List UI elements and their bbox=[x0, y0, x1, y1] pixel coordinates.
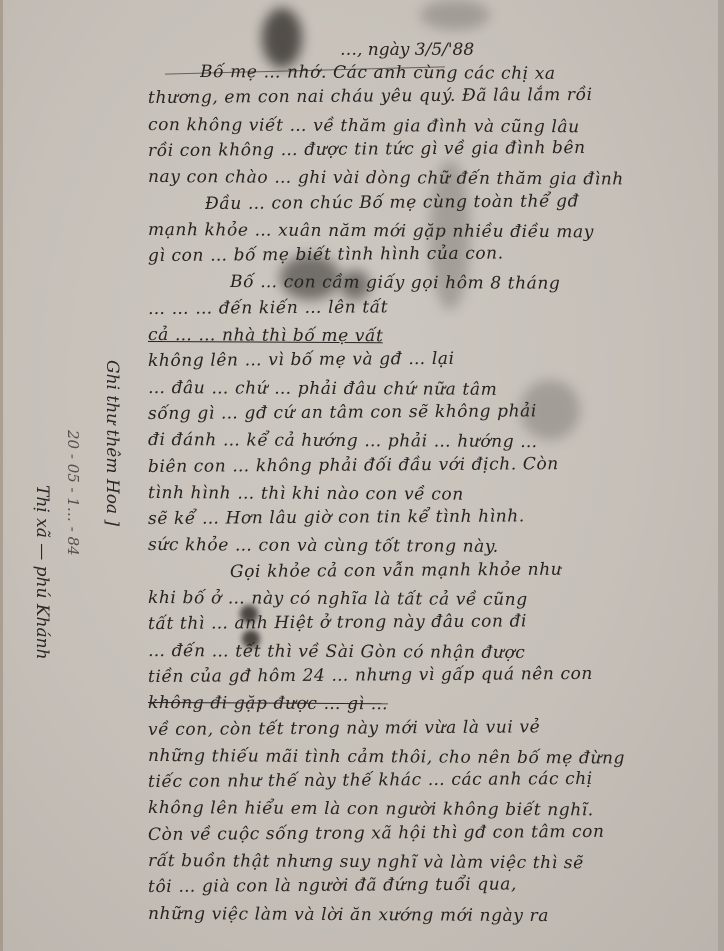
letter-line: con không viết … về thăm gia đình và cũn… bbox=[148, 115, 580, 137]
letter-page: …, ngày 3/5/'88 Bố mẹ … nhớ. Các anh cùn… bbox=[0, 0, 718, 951]
letter-line: gì con … bố mẹ biết tình hình của con. bbox=[148, 244, 504, 266]
letter-line: sống gì … gđ cứ an tâm con sẽ không phải bbox=[148, 401, 537, 424]
letter-line: tất thì … anh Hiệt ở trong này đâu con đ… bbox=[148, 612, 527, 635]
letter-line: thương, em con nai cháu yêu quý. Đã lâu … bbox=[148, 85, 593, 108]
letter-line: rất buồn thật nhưng suy nghĩ và làm việc… bbox=[148, 851, 584, 873]
letter-line: biên con … không phải đối đầu với địch. … bbox=[148, 454, 559, 477]
letter-line: tiếc con như thế này thế khác … các anh … bbox=[148, 769, 593, 792]
paper-right-edge bbox=[718, 0, 724, 951]
letter-line: … đâu … chứ … phải đâu chứ nữa tâm bbox=[148, 378, 497, 400]
margin-note-thu: Ghi thư thêm Hoa ] bbox=[102, 360, 122, 526]
date-line: …, ngày 3/5/'88 bbox=[340, 40, 474, 60]
letter-line: Bố mẹ … nhớ. Các anh cùng các chị xa bbox=[200, 62, 556, 84]
letter-line: khi bố ở … này có nghĩa là tất cả về cũn… bbox=[148, 588, 528, 610]
paper-left-edge bbox=[0, 0, 3, 951]
ink-smudge-top-right bbox=[420, 0, 490, 30]
letter-line: không lên … vì bố mẹ và gđ … lại bbox=[148, 349, 455, 371]
letter-line: về con, còn tết trong này mới vừa là vui… bbox=[148, 717, 540, 740]
letter-line: tình hình … thì khi nào con về con bbox=[148, 483, 464, 505]
letter-line: sức khỏe … con và cùng tốt trong này. bbox=[148, 535, 499, 557]
letter-line: sẽ kể … Hơn lâu giờ con tin kể tình hình… bbox=[148, 506, 525, 529]
letter-line: đi đánh … kể cả hướng … phải … hướng … bbox=[148, 430, 538, 452]
letter-line: nay con chào … ghi vài dòng chữ đến thăm… bbox=[148, 167, 624, 189]
letter-line: tôi … già con là người đã đứng tuổi qua, bbox=[148, 875, 517, 898]
letter-line: không lên hiểu em là con người không biế… bbox=[148, 798, 594, 820]
ink-smudge-top bbox=[262, 8, 302, 68]
letter-line: mạnh khỏe … xuân năm mới gặp nhiều điều … bbox=[148, 220, 594, 242]
letter-line: cả … … nhà thì bố mẹ vất bbox=[148, 325, 384, 346]
letter-line: những thiếu mãi tình cảm thôi, cho nên b… bbox=[148, 746, 625, 768]
letter-line: … … … đến kiến … lên tất bbox=[148, 297, 388, 319]
margin-note-place: Thị xã — phú Khánh bbox=[32, 485, 52, 660]
letter-line: những việc làm và lời ăn xướng mới ngày … bbox=[148, 904, 549, 926]
letter-line: rồi con không … được tin tức gì về gia đ… bbox=[148, 138, 586, 161]
letter-line: tiền của gđ hôm 24 … nhưng vì gấp quá nê… bbox=[148, 664, 593, 687]
letter-line: Đầu … con chúc Bố mẹ cùng toàn thể gđ bbox=[205, 191, 579, 214]
letter-line: Gọi khỏe cả con vẫn mạnh khỏe như bbox=[230, 559, 562, 581]
letter-line: Bố … con cầm giấy gọi hôm 8 tháng bbox=[230, 272, 561, 294]
letter-line: Còn về cuộc sống trong xã hội thì gđ con… bbox=[148, 822, 605, 845]
margin-note-date: 20 - 05 - 1… - 84 bbox=[64, 430, 82, 556]
letter-line: … đến … tết thì về Sài Gòn có nhận được bbox=[148, 641, 526, 663]
letter-line: không đi gặp được … gì … bbox=[148, 693, 388, 714]
